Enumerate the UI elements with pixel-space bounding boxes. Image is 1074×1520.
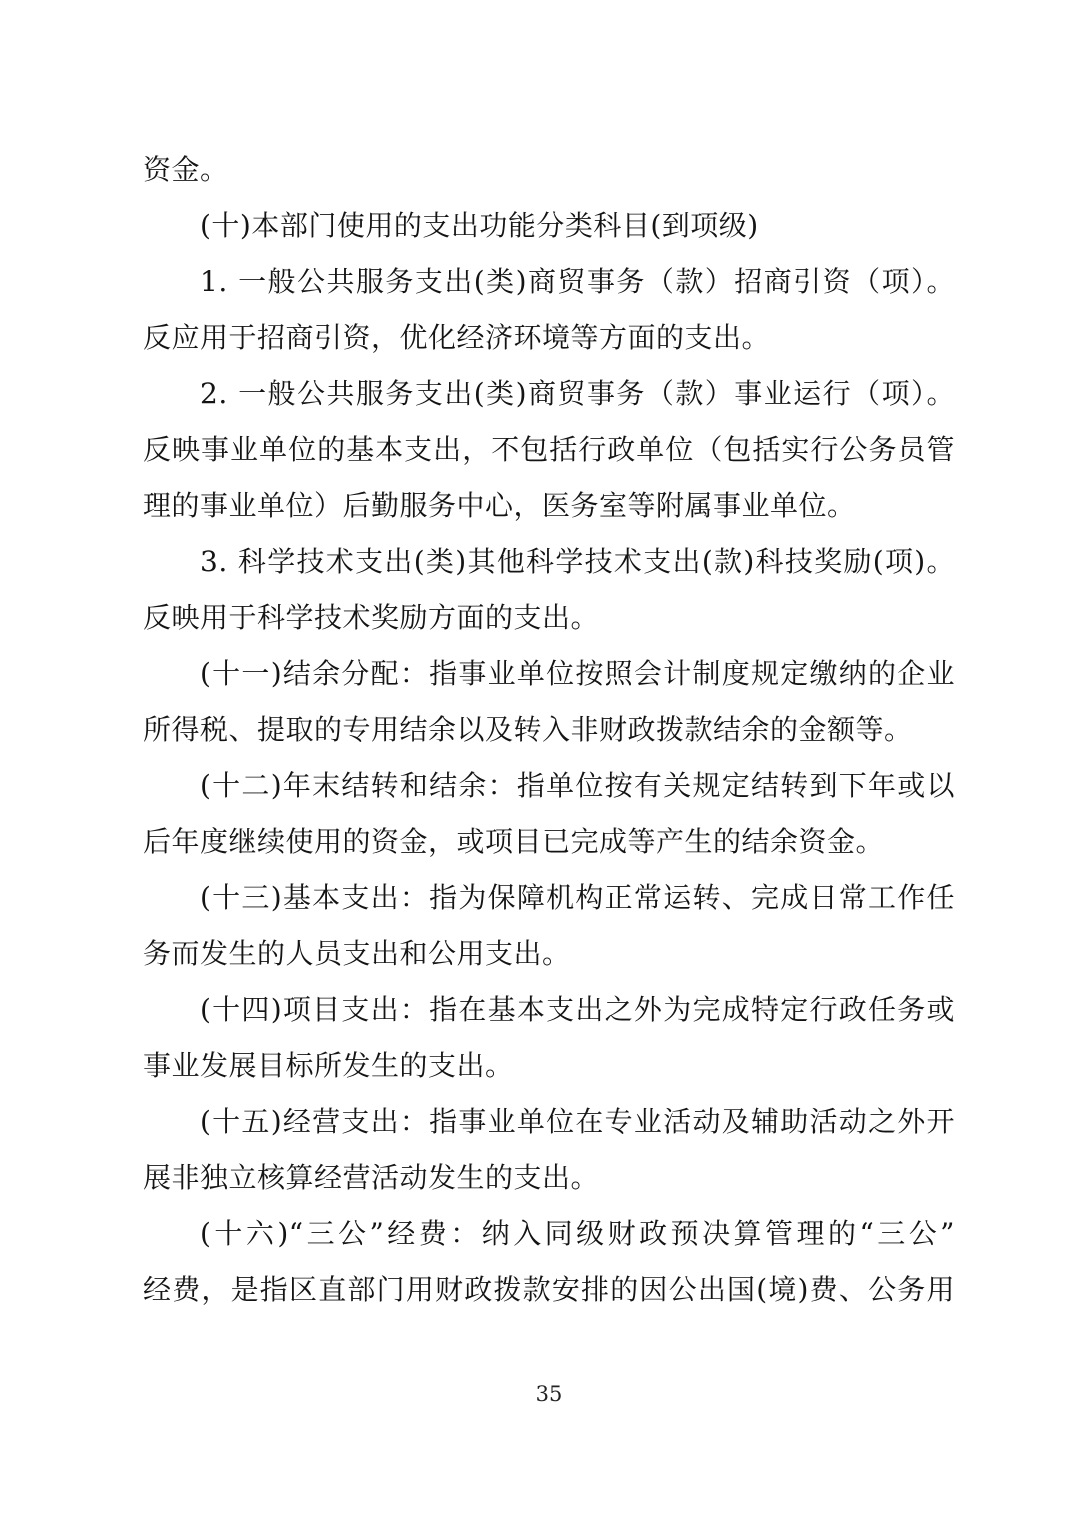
text-line: 所得税、提取的专用结余以及转入非财政拨款结余的金额等。 xyxy=(143,702,955,758)
text-line: (十四)项目支出：指在基本支出之外为完成特定行政任务或 xyxy=(143,982,955,1038)
document-page: 资金。 (十)本部门使用的支出功能分类科目(到项级) 1. 一般公共服务支出(类… xyxy=(0,0,1074,1520)
text-line: (十三)基本支出：指为保障机构正常运转、完成日常工作任 xyxy=(143,870,955,926)
text-line: 展非独立核算经营活动发生的支出。 xyxy=(143,1150,955,1206)
text-line: 2. 一般公共服务支出(类)商贸事务（款）事业运行（项）。 xyxy=(143,366,955,422)
text-line: (十五)经营支出：指事业单位在专业活动及辅助活动之外开 xyxy=(143,1094,955,1150)
text-line: 务而发生的人员支出和公用支出。 xyxy=(143,926,955,982)
text-line: 反映事业单位的基本支出，不包括行政单位（包括实行公务员管 xyxy=(143,422,955,478)
text-line: 3. 科学技术支出(类)其他科学技术支出(款)科技奖励(项)。 xyxy=(143,534,955,590)
text-line: (十二)年末结转和结余：指单位按有关规定结转到下年或以 xyxy=(143,758,955,814)
text-line: 经费，是指区直部门用财政拨款安排的因公出国(境)费、公务用 xyxy=(143,1262,955,1318)
text-line: 后年度继续使用的资金，或项目已完成等产生的结余资金。 xyxy=(143,814,955,870)
text-line: 理的事业单位）后勤服务中心，医务室等附属事业单位。 xyxy=(143,478,955,534)
text-line: 1. 一般公共服务支出(类)商贸事务（款）招商引资（项）。 xyxy=(143,254,955,310)
text-line: (十六)“三公”经费：纳入同级财政预决算管理的“三公” xyxy=(143,1206,955,1262)
text-line: 资金。 xyxy=(143,142,955,198)
text-line: (十一)结余分配：指事业单位按照会计制度规定缴纳的企业 xyxy=(143,646,955,702)
text-line: 反映用于科学技术奖励方面的支出。 xyxy=(143,590,955,646)
text-line-section-heading: (十)本部门使用的支出功能分类科目(到项级) xyxy=(143,198,955,254)
page-number: 35 xyxy=(143,1380,955,1408)
text-line: 事业发展目标所发生的支出。 xyxy=(143,1038,955,1094)
document-body: 资金。 (十)本部门使用的支出功能分类科目(到项级) 1. 一般公共服务支出(类… xyxy=(143,142,955,1318)
text-line: 反应用于招商引资，优化经济环境等方面的支出。 xyxy=(143,310,955,366)
